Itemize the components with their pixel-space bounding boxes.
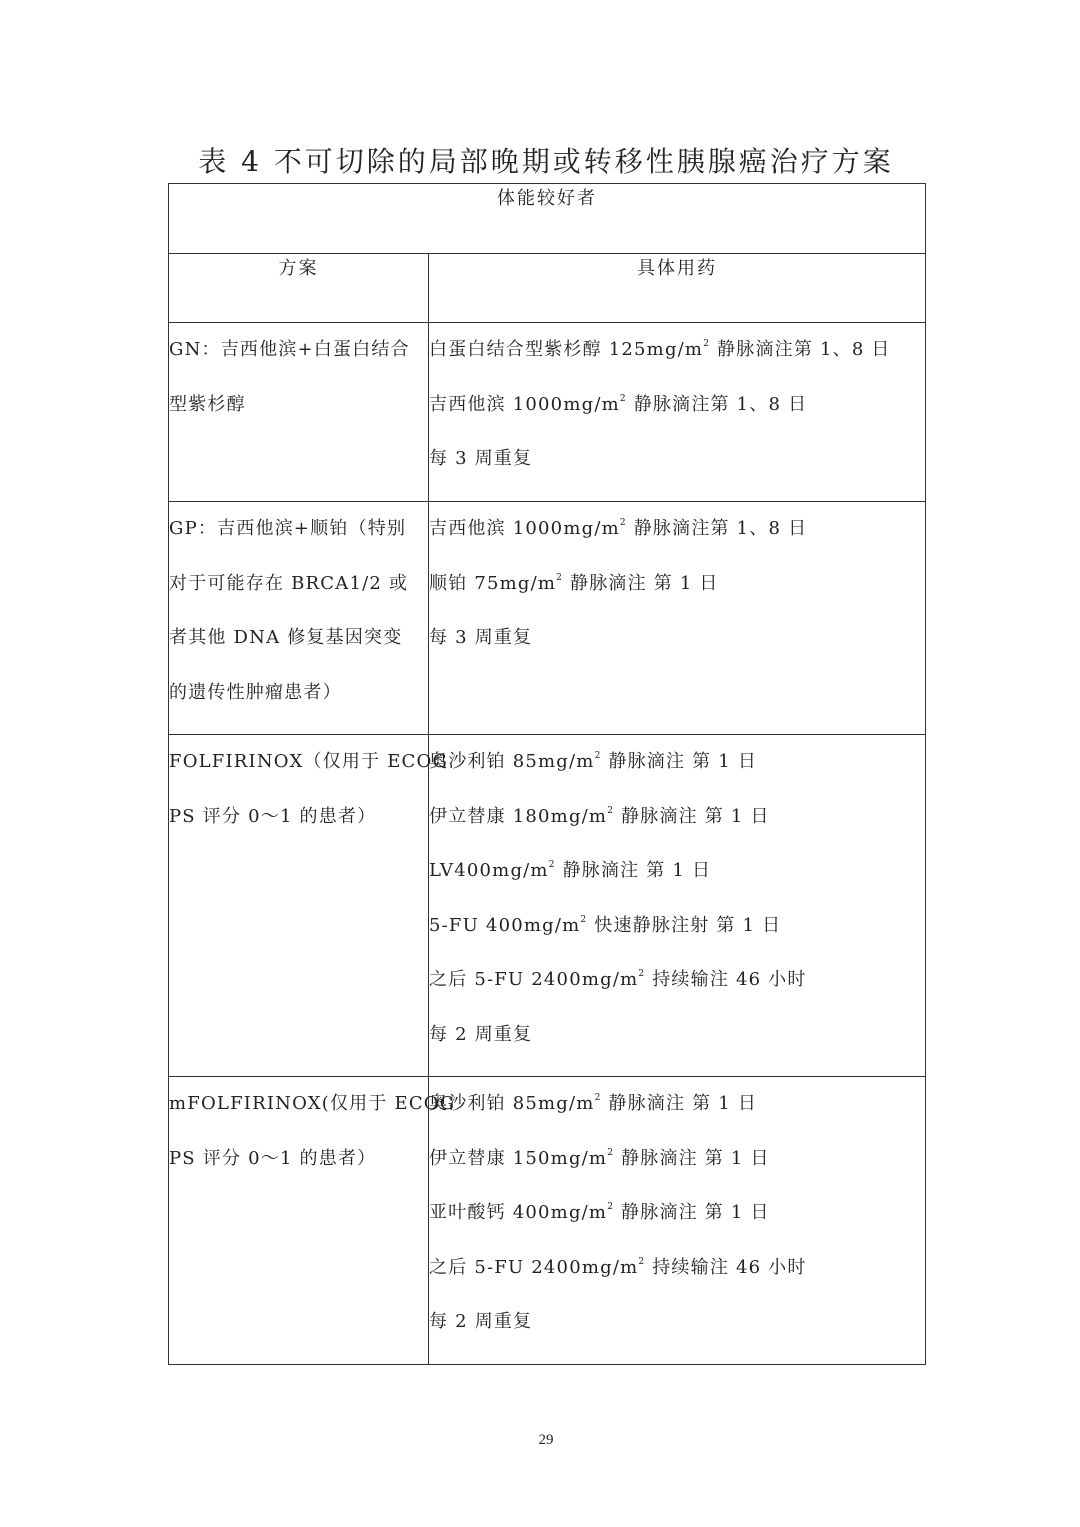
regimen-cell: GN：吉西他滨+白蛋白结合 型紫杉醇 bbox=[169, 323, 429, 502]
column-header-row: 方案 具体用药 bbox=[169, 254, 926, 323]
drug-line: 奥沙利铂 85mg/m2 静脉滴注 第 1 日 bbox=[429, 735, 925, 790]
drug-line: 伊立替康 180mg/m2 静脉滴注 第 1 日 bbox=[429, 790, 925, 845]
regimen-line: mFOLFIRINOX(仅用于 ECOG bbox=[169, 1077, 428, 1132]
regimen-line: 者其他 DNA 修复基因突变 bbox=[169, 611, 428, 666]
drug-line: 每 3 周重复 bbox=[429, 432, 925, 487]
table-row: FOLFIRINOX（仅用于 ECOG PS 评分 0～1 的患者） 奥沙利铂 … bbox=[169, 735, 926, 1077]
group-header: 体能较好者 bbox=[169, 184, 926, 254]
regimen-table: 体能较好者 方案 具体用药 GN：吉西他滨+白蛋白结合 型紫杉醇 白蛋白结合型紫… bbox=[168, 183, 926, 1365]
table-title: 表 4 不可切除的局部晚期或转移性胰腺癌治疗方案 bbox=[0, 140, 1080, 180]
table-row: GP：吉西他滨+顺铂（特别 对于可能存在 BRCA1/2 或 者其他 DNA 修… bbox=[169, 502, 926, 735]
drug-line: 5-FU 400mg/m2 快速静脉注射 第 1 日 bbox=[429, 899, 925, 954]
regimen-line: PS 评分 0～1 的患者） bbox=[169, 1132, 428, 1187]
drug-line: 每 2 周重复 bbox=[429, 1295, 925, 1350]
regimen-cell: GP：吉西他滨+顺铂（特别 对于可能存在 BRCA1/2 或 者其他 DNA 修… bbox=[169, 502, 429, 735]
drug-line: 奥沙利铂 85mg/m2 静脉滴注 第 1 日 bbox=[429, 1077, 925, 1132]
drug-line: 吉西他滨 1000mg/m2 静脉滴注第 1、8 日 bbox=[429, 378, 925, 433]
page-number: 29 bbox=[0, 1432, 1080, 1449]
drugs-cell: 奥沙利铂 85mg/m2 静脉滴注 第 1 日 伊立替康 150mg/m2 静脉… bbox=[429, 1077, 926, 1365]
drugs-cell: 奥沙利铂 85mg/m2 静脉滴注 第 1 日 伊立替康 180mg/m2 静脉… bbox=[429, 735, 926, 1077]
regimen-line: 的遗传性肿瘤患者） bbox=[169, 666, 428, 721]
drug-line: 白蛋白结合型紫杉醇 125mg/m2 静脉滴注第 1、8 日 bbox=[429, 323, 925, 378]
drug-line: 吉西他滨 1000mg/m2 静脉滴注第 1、8 日 bbox=[429, 502, 925, 557]
regimen-line: 对于可能存在 BRCA1/2 或 bbox=[169, 557, 428, 612]
drug-line: 之后 5-FU 2400mg/m2 持续输注 46 小时 bbox=[429, 953, 925, 1008]
drug-line: 每 3 周重复 bbox=[429, 611, 925, 666]
drug-line: 之后 5-FU 2400mg/m2 持续输注 46 小时 bbox=[429, 1241, 925, 1296]
regimen-line: GP：吉西他滨+顺铂（特别 bbox=[169, 502, 428, 557]
table-row: GN：吉西他滨+白蛋白结合 型紫杉醇 白蛋白结合型紫杉醇 125mg/m2 静脉… bbox=[169, 323, 926, 502]
column-header-drugs: 具体用药 bbox=[429, 254, 926, 323]
regimen-line: 型紫杉醇 bbox=[169, 378, 428, 433]
drug-line: 每 2 周重复 bbox=[429, 1008, 925, 1063]
regimen-cell: FOLFIRINOX（仅用于 ECOG PS 评分 0～1 的患者） bbox=[169, 735, 429, 1077]
regimen-line: PS 评分 0～1 的患者） bbox=[169, 790, 428, 845]
table-row: mFOLFIRINOX(仅用于 ECOG PS 评分 0～1 的患者） 奥沙利铂… bbox=[169, 1077, 926, 1365]
regimen-line: FOLFIRINOX（仅用于 ECOG bbox=[169, 735, 428, 790]
regimen-cell: mFOLFIRINOX(仅用于 ECOG PS 评分 0～1 的患者） bbox=[169, 1077, 429, 1365]
drug-line: 亚叶酸钙 400mg/m2 静脉滴注 第 1 日 bbox=[429, 1186, 925, 1241]
drug-line: LV400mg/m2 静脉滴注 第 1 日 bbox=[429, 844, 925, 899]
drugs-cell: 吉西他滨 1000mg/m2 静脉滴注第 1、8 日 顺铂 75mg/m2 静脉… bbox=[429, 502, 926, 735]
drug-line: 顺铂 75mg/m2 静脉滴注 第 1 日 bbox=[429, 557, 925, 612]
group-header-row: 体能较好者 bbox=[169, 184, 926, 254]
drug-line: 伊立替康 150mg/m2 静脉滴注 第 1 日 bbox=[429, 1132, 925, 1187]
column-header-regimen: 方案 bbox=[169, 254, 429, 323]
regimen-line: GN：吉西他滨+白蛋白结合 bbox=[169, 323, 428, 378]
drugs-cell: 白蛋白结合型紫杉醇 125mg/m2 静脉滴注第 1、8 日 吉西他滨 1000… bbox=[429, 323, 926, 502]
